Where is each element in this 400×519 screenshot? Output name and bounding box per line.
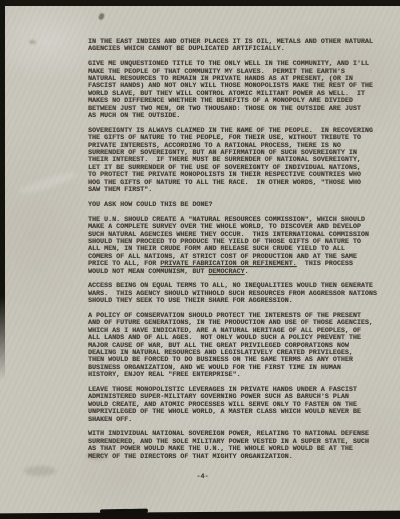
ink-smudge xyxy=(98,12,105,20)
scan-edge-bump xyxy=(100,509,148,514)
paragraph: IN THE EAST INDIES AND OTHER PLACES IT I… xyxy=(88,39,390,54)
paragraph: YOU ASK HOW COULD THIS BE DONE? xyxy=(88,202,390,209)
underlined-phrase: DEMOCRACY xyxy=(208,268,244,276)
scanned-document: IN THE EAST INDIES AND OTHER PLACES IT I… xyxy=(0,0,400,519)
paragraph: ACCESS BEING ON EQUAL TERMS TO ALL, NO I… xyxy=(88,283,390,305)
paragraph: A POLICY OF CONSERVATION SHOULD PROTECT … xyxy=(88,313,390,380)
paragraph: GIVE ME UNQUESTIONED TITLE TO THE ONLY W… xyxy=(88,61,390,120)
text-segment: . xyxy=(245,268,249,276)
paragraph-list: IN THE EAST INDIES AND OTHER PLACES IT I… xyxy=(88,39,390,461)
typed-text-block: IN THE EAST INDIES AND OTHER PLACES IT I… xyxy=(88,39,390,481)
ink-smudge xyxy=(29,40,36,44)
paragraph: THE U.N. SHOULD CREATE A "NATURAL RESOUR… xyxy=(88,217,390,276)
scan-edge-left xyxy=(0,0,5,380)
scan-edge-top xyxy=(0,0,400,6)
paragraph: WITH INDIVIDUAL NATIONAL SOVEREIGN POWER… xyxy=(88,431,390,461)
paper-crease xyxy=(18,169,78,197)
page-number: -4- xyxy=(58,474,347,481)
paragraph: SOVEREIGNTY IS ALWAYS CLAIMED IN THE NAM… xyxy=(88,128,390,195)
pencil-smudge xyxy=(24,466,56,476)
paper-sheet: IN THE EAST INDIES AND OTHER PLACES IT I… xyxy=(0,0,400,519)
paragraph: LEAVE THOSE MONOPOLISTIC LEVERAGES IN PR… xyxy=(88,387,390,424)
